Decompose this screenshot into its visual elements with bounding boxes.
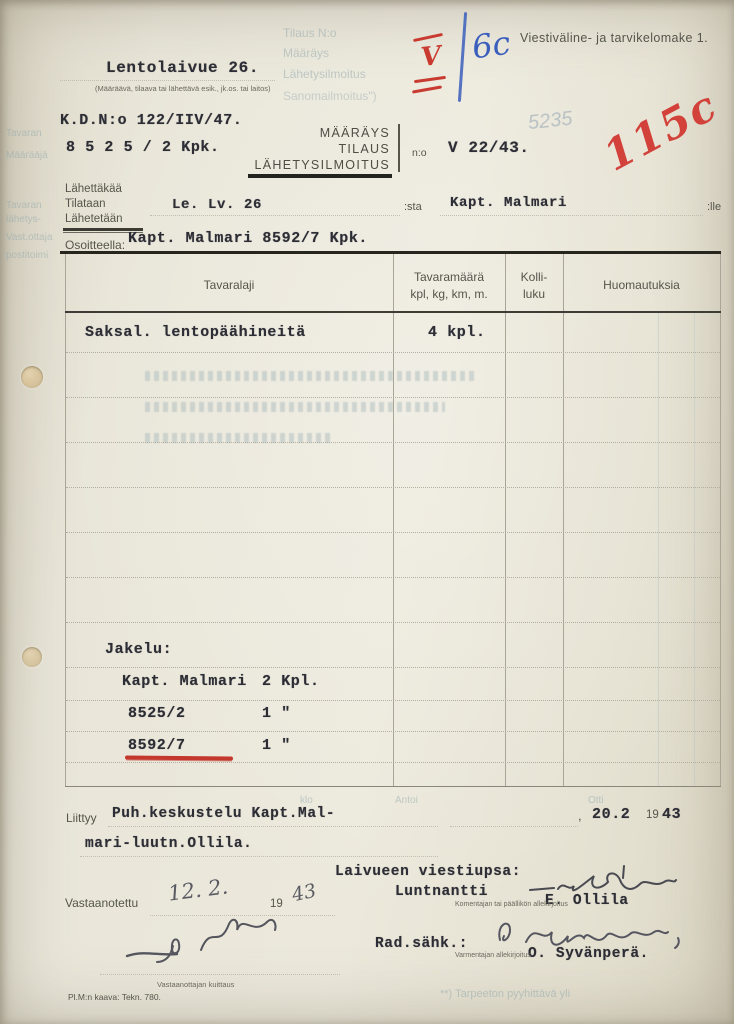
bleed-text: Vast.ottaja — [6, 232, 53, 243]
table-col-line-amount — [393, 254, 394, 786]
bleed-text: klo — [300, 795, 313, 806]
bleed-text: Otti — [588, 795, 604, 806]
lle-suffix: :lle — [707, 201, 721, 213]
row-dotline — [66, 397, 720, 398]
col-header-notes: Huomautuksia — [563, 278, 720, 292]
row-dotline — [66, 442, 720, 443]
liittyy-dotline2 — [80, 856, 438, 857]
form-code-label: Viestiväline- ja tarvikelomake 1. — [520, 31, 708, 45]
red-mark: 115c — [596, 80, 726, 180]
liittyy-value-line1: Puh.keskustelu Kapt.Mal- — [112, 806, 335, 822]
bleed-text: Sanomailmoitus") — [283, 89, 377, 103]
col-header-colli-2: luku — [505, 287, 563, 301]
red-roman-numeral: V — [419, 41, 442, 73]
signer-title-line1: Laivueen viestiupsa: — [335, 864, 521, 880]
bleed-text: Antoi — [395, 795, 418, 806]
received-date-handwriting: 12. 2. — [167, 874, 230, 905]
radio-hint: Varmentajan allekirjoitus — [455, 952, 531, 959]
punch-hole — [22, 647, 42, 667]
number-value: V 22/43. — [448, 139, 530, 157]
signer-title-line2: Luntnantti — [395, 884, 488, 900]
unit-name: Lentolaivue 26. — [106, 59, 259, 77]
liittyy-dotline1 — [108, 826, 438, 827]
bleed-text: Tavaran — [6, 128, 42, 139]
doc-type-bracket — [398, 124, 400, 172]
sender-value: Le. Lv. 26 — [172, 197, 262, 213]
table-header-bottom-line — [65, 311, 721, 313]
table-row-item: Saksal. lentopäähineitä — [85, 324, 306, 341]
bleed-text: lähetys- — [6, 214, 41, 225]
signature-receipt — [125, 912, 315, 964]
jakelu-title: Jakelu: — [105, 641, 172, 658]
received-year-handwriting: 43 — [290, 880, 318, 907]
table-border-left — [65, 254, 66, 786]
received-label: Vastaanotettu — [65, 896, 138, 910]
row-dotline — [66, 700, 720, 701]
jakelu-row-qty: 2 Kpl. — [262, 673, 320, 690]
doc-type-underline — [248, 174, 392, 178]
table-border-right — [720, 254, 721, 786]
bleed-text: **) Tarpeeton pyyhittävä yli — [440, 988, 570, 1000]
liittyy-label: Liittyy — [66, 811, 97, 825]
bleed-text: Tilaus N:o — [283, 26, 337, 40]
date-year: 43 — [662, 806, 681, 823]
red-roman-underline1 — [414, 76, 446, 83]
col-header-amount-2: kpl, kg, km, m. — [393, 287, 505, 301]
table-col-line-colli — [505, 254, 506, 786]
col-header-colli-1: Kolli- — [505, 270, 563, 284]
receipt-hint: Vastaanottajan kuittaus — [157, 980, 234, 989]
bleed-stripe — [145, 371, 475, 381]
row-dotline — [66, 352, 720, 353]
table-row-amount: 4 kpl. — [428, 324, 486, 341]
date-century: 19 — [646, 809, 659, 821]
row-dotline — [66, 622, 720, 623]
kd-number: K.D.N:o 122/IIV/47. — [60, 112, 242, 129]
date-dotline — [450, 826, 578, 827]
row-dotline — [66, 487, 720, 488]
sta-suffix: :sta — [404, 201, 422, 213]
form-ref: Pl.M:n kaava: Tekn. 780. — [68, 992, 161, 1002]
doc-type-tilaus: TILAUS — [250, 142, 390, 156]
recipient-value: Kapt. Malmari — [450, 195, 567, 211]
doc-type-lahetysilmoitus: LÄHETYSILMOITUS — [250, 158, 390, 172]
recipient-dotline2 — [440, 215, 703, 216]
jakelu-row-qty: 1 " — [262, 705, 291, 722]
bleed-vline — [694, 312, 695, 786]
bleed-text: Tavaran — [6, 200, 42, 211]
col-header-item: Tavaralaji — [65, 278, 393, 292]
bleed-stripe — [145, 402, 445, 412]
bleed-text: Määrääjä — [6, 150, 48, 161]
col-header-amount-1: Tavaramäärä — [393, 270, 505, 284]
pencil-bleed-number: 5235 — [527, 108, 574, 136]
unit-hint: (Määräävä, tilaava tai lähettävä esik., … — [95, 84, 271, 93]
row-dotline — [66, 731, 720, 732]
row-dotline — [66, 577, 720, 578]
row-dotline — [66, 532, 720, 533]
send-label-lahetetaan: Lähetetään — [65, 213, 123, 225]
punch-hole — [21, 366, 43, 388]
table-col-line-notes — [563, 254, 564, 786]
blue-mark: 6c — [470, 24, 513, 67]
row-dotline — [66, 762, 720, 763]
row-dotline — [66, 667, 720, 668]
date-value: 20.2 — [592, 806, 630, 823]
received-century: 19 — [270, 898, 283, 910]
red-roman-underline2 — [412, 85, 442, 93]
jakelu-row-name: 8525/2 — [128, 705, 186, 722]
address-label: Osoitteella: — [65, 238, 125, 252]
send-label-lahettakaa: Lähettäkää — [65, 183, 122, 195]
number-label: n:o — [412, 147, 427, 159]
receipt-dotline — [100, 974, 340, 975]
send-label-tilataan: Tilataan — [65, 198, 106, 210]
bleed-text: Lähetysilmoitus — [283, 67, 366, 81]
doc-type-maarays: MÄÄRÄYS — [250, 126, 390, 140]
table-bottom-line — [65, 786, 721, 787]
liittyy-value-line2: mari-luutn.Ollila. — [85, 836, 252, 852]
jakelu-row-name: 8592/7 — [128, 737, 186, 754]
unit-dotline — [60, 80, 275, 81]
blue-slash-stroke — [458, 12, 467, 102]
recipient-dotline — [150, 215, 400, 216]
jakelu-row-name: Kapt. Malmari — [122, 673, 247, 690]
bleed-text: Määräys — [283, 46, 329, 60]
signer-hint: Komentajan tai päällikön allekirjoitus — [455, 901, 568, 908]
date-comma: , — [578, 808, 582, 823]
radio-name: O. Syvänperä. — [528, 946, 649, 962]
bleed-vline — [658, 312, 659, 786]
jakelu-row-qty: 1 " — [262, 737, 291, 754]
scanned-form-page: Tilaus N:o Määräys Lähetysilmoitus Sanom… — [0, 0, 734, 1024]
bleed-text: postitoimi — [6, 250, 48, 261]
field-post-number: 8 5 2 5 / 2 Kpk. — [66, 139, 220, 156]
radio-label: Rad.sähk.: — [375, 936, 468, 952]
address-value: Kapt. Malmari 8592/7 Kpk. — [128, 230, 368, 247]
red-underline-mark — [125, 755, 233, 760]
heavy-rule — [60, 251, 721, 254]
